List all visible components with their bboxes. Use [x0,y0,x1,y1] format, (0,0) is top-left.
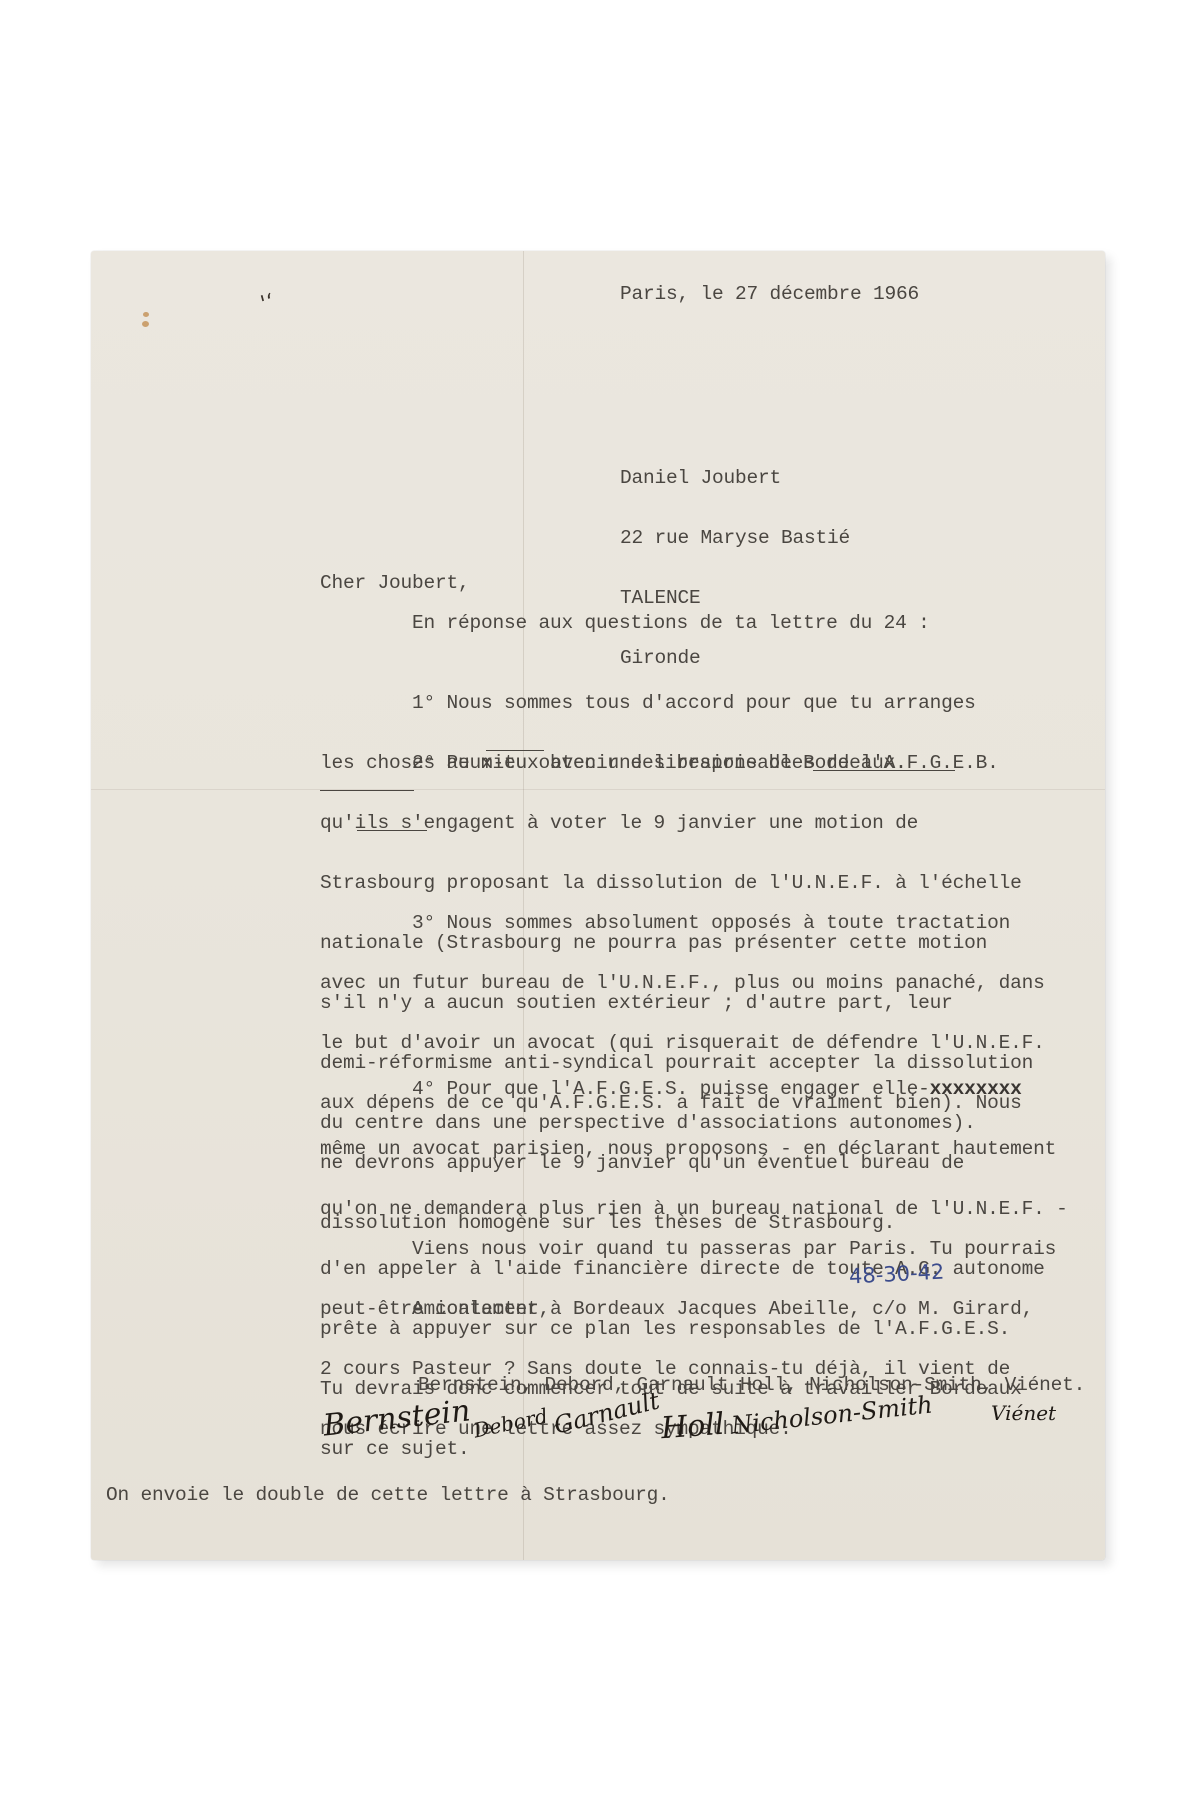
struck-out-text: xxxxxxxx [930,1078,1022,1100]
paragraph-line-text: 4° Pour que l'A.F.G.E.S. puisse engager … [320,1078,930,1100]
recipient-city: TALENCE [620,588,850,608]
salutation: Cher Joubert, [320,573,470,593]
paragraph-line: 4° Pour que l'A.F.G.E.S. puisse engager … [320,1079,1068,1099]
typed-signatories: Bernstein, Debord, Garnault Holl, Nichol… [418,1375,1085,1395]
paragraph-line: Viens nous voir quand tu passeras par Pa… [320,1239,1056,1259]
paragraph-line: 3° Nous sommes absolument opposés à tout… [320,913,1045,933]
paragraph-line: 1° Nous sommes tous d'accord pour que tu… [320,693,976,713]
paragraph-line: avec un futur bureau de l'U.N.E.F., plus… [320,973,1045,993]
recipient-name: Daniel Joubert [620,468,850,488]
underline-echelle-nationale [813,770,955,771]
letter-paper: '‘ Paris, le 27 décembre 1966 Daniel Jou… [91,251,1105,1560]
rust-stain [142,321,149,327]
underline-centre [357,830,427,831]
intro-line: En réponse aux questions de ta lettre du… [320,613,930,633]
rust-stain [143,312,149,317]
paragraph-line: même un avocat parisien, nous proposons … [320,1139,1068,1159]
handwritten-phone-number: 48-30-42 [848,1260,944,1289]
letter-date: Paris, le 27 décembre 1966 [620,284,919,304]
pencil-mark: '‘ [258,290,277,318]
postscript: On envoie le double de cette lettre à St… [106,1485,670,1505]
underline-voter [486,750,544,751]
underline-nationale [320,790,414,791]
recipient-street: 22 rue Maryse Bastié [620,528,850,548]
signature-holl: Holl [660,1407,726,1446]
closing: Amicalement, [320,1299,550,1319]
signature-vienet: Viénet [991,1401,1056,1425]
